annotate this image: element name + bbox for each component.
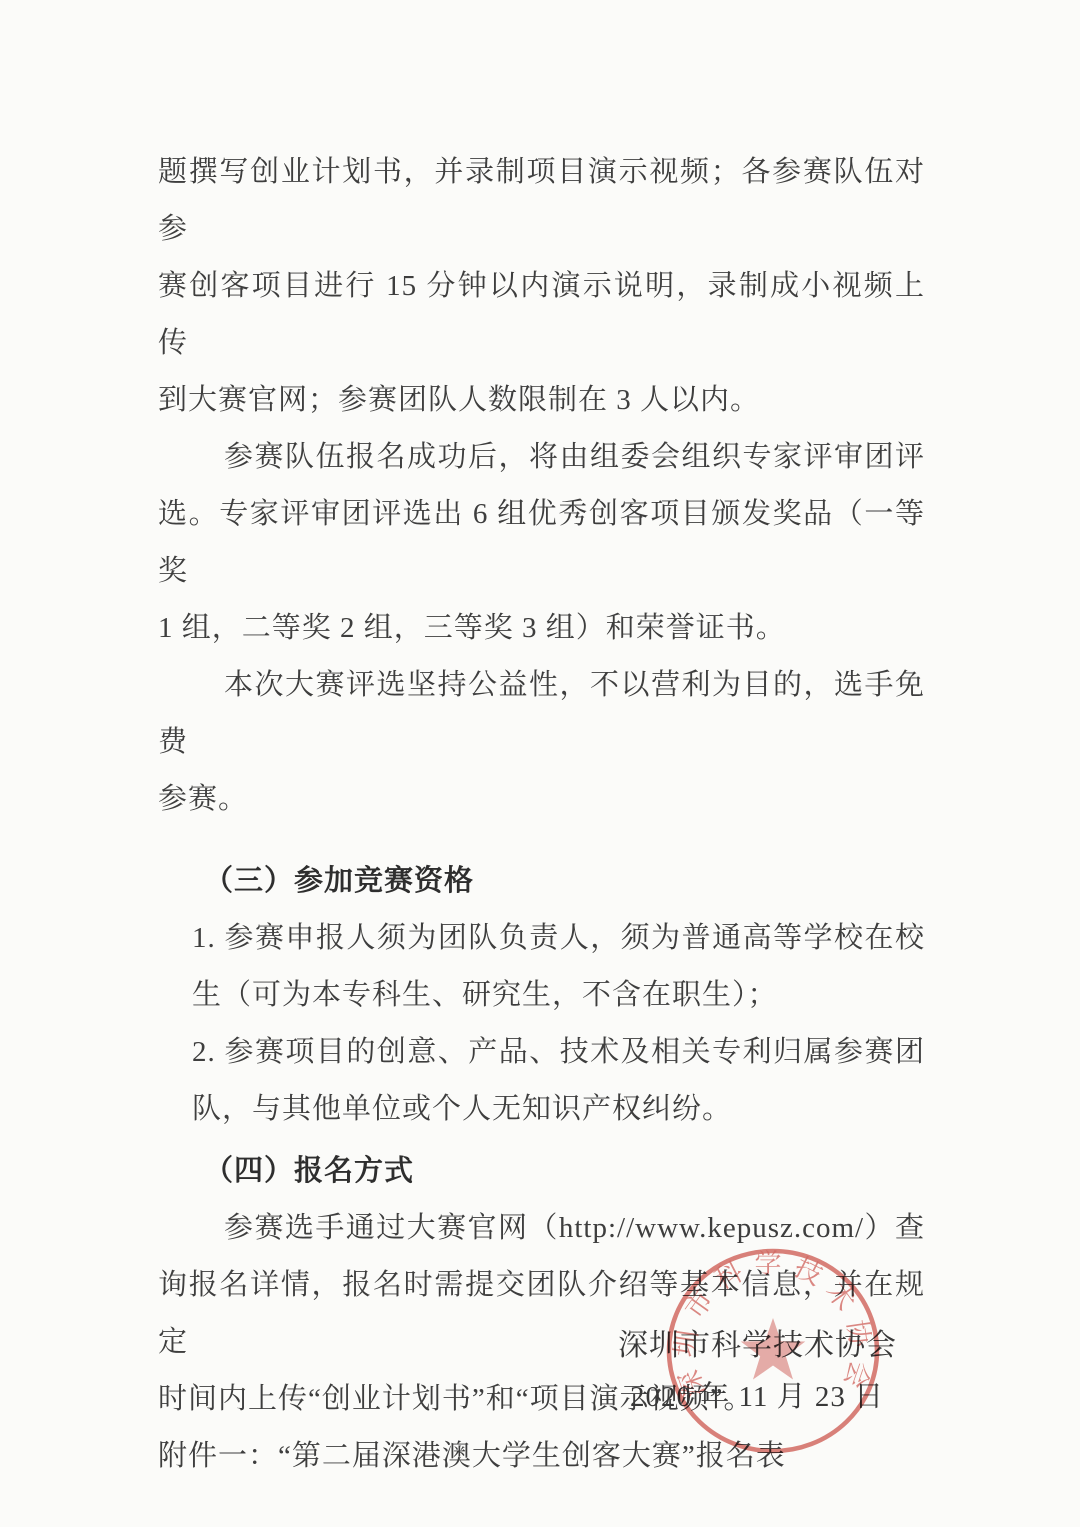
text-line: 队，与其他单位或个人无知识产权纠纷。 <box>158 1081 925 1138</box>
text-line: 赛创客项目进行 15 分钟以内演示说明，录制成小视频上传 <box>158 258 925 372</box>
section-heading: （四）报名方式 <box>158 1143 925 1200</box>
text-line: 题撰写创业计划书，并录制项目演示视频；各参赛队伍对参 <box>158 144 925 258</box>
section-heading: （三）参加竞赛资格 <box>158 853 925 910</box>
text-line: 参赛队伍报名成功后，将由组委会组织专家评审团评 <box>158 429 925 486</box>
text-line: 1. 参赛申报人须为团队负责人，须为普通高等学校在校 <box>158 910 925 967</box>
official-seal-stamp: 深圳市科学技术协会 <box>660 1244 886 1458</box>
document-page: 题撰写创业计划书，并录制项目演示视频；各参赛队伍对参赛创客项目进行 15 分钟以… <box>0 0 1080 1527</box>
text-line: 2. 参赛项目的创意、产品、技术及相关专利归属参赛团 <box>158 1024 925 1081</box>
text-line: 本次大赛评选坚持公益性，不以营利为目的，选手免费 <box>158 657 925 771</box>
star-icon <box>741 1318 806 1380</box>
text-line: 生（可为本专科生、研究生，不含在职生）； <box>158 967 925 1024</box>
text-line: 参赛。 <box>158 771 925 828</box>
text-line: 选。专家评审团评选出 6 组优秀创客项目颁发奖品（一等奖 <box>158 486 925 600</box>
text-line: 1 组，二等奖 2 组，三等奖 3 组）和荣誉证书。 <box>158 600 925 657</box>
text-line: 到大赛官网；参赛团队人数限制在 3 人以内。 <box>158 372 925 429</box>
